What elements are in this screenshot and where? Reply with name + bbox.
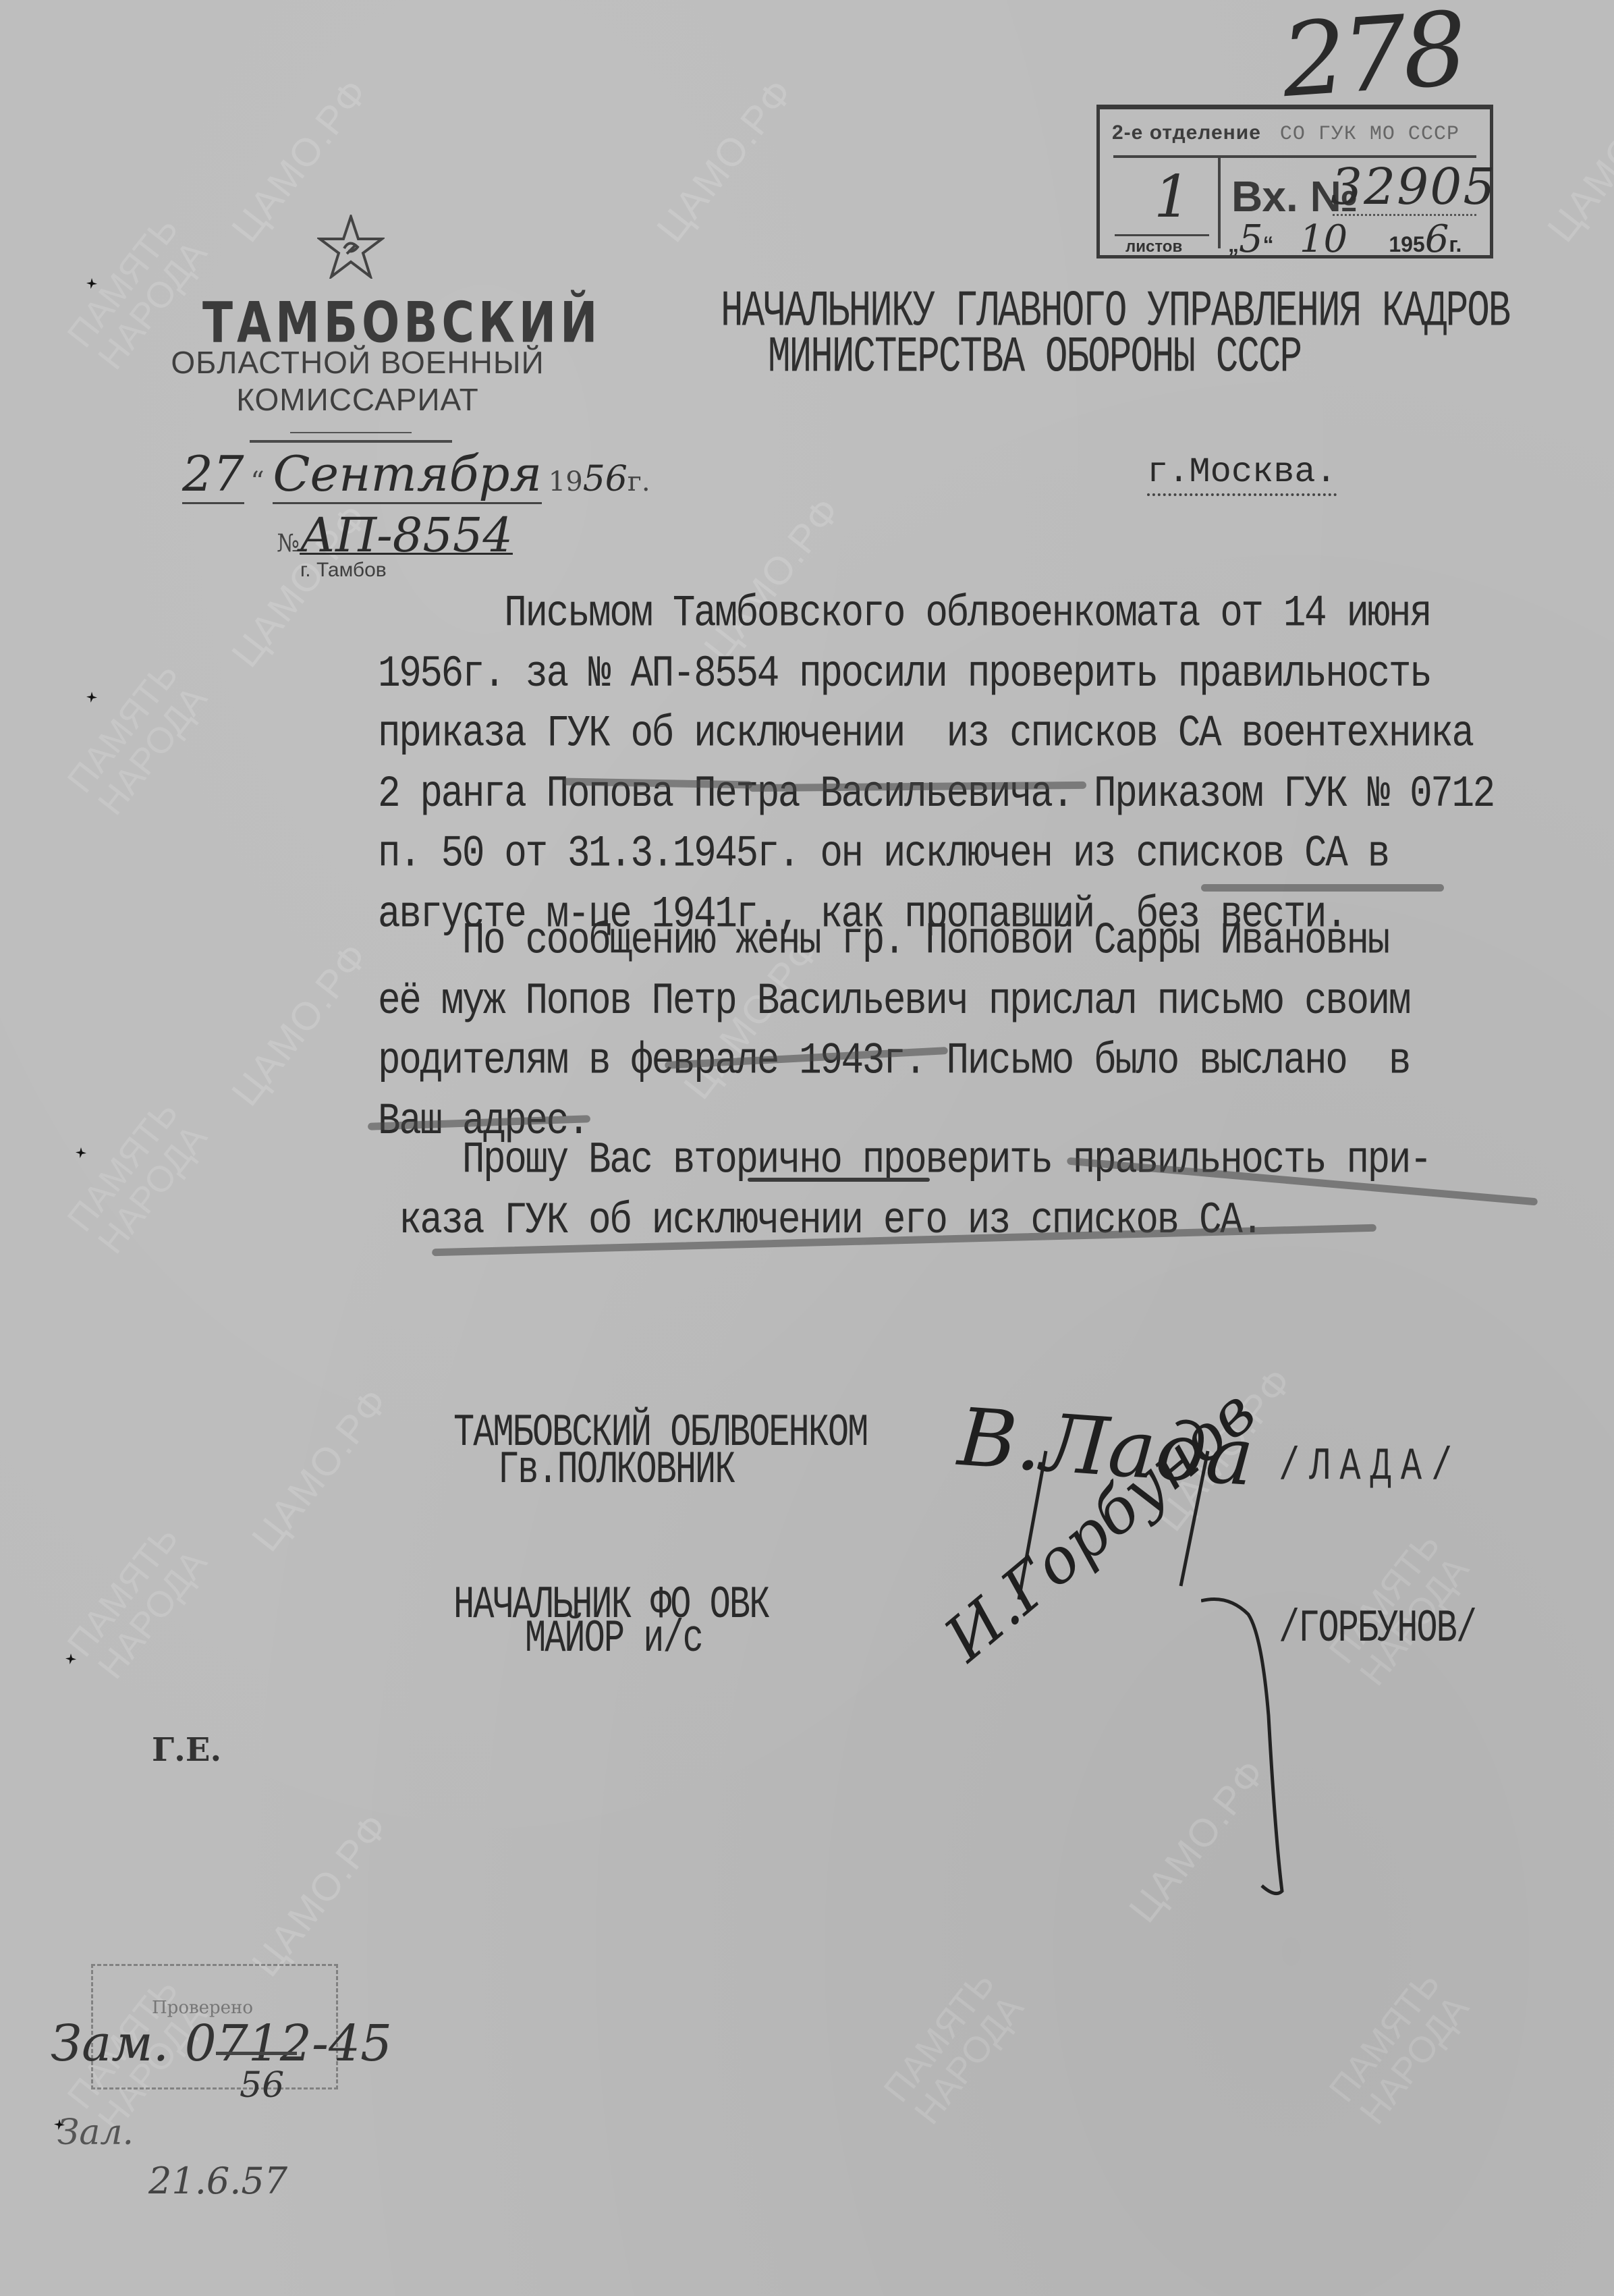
watermark-site: ЦАМО.РФ (1538, 70, 1614, 251)
outgoing-number: №АП-8554 (277, 508, 513, 563)
addressee-city: г.Москва. (1147, 452, 1337, 496)
punch-hole (65, 1653, 76, 1664)
archive-note-order: Зам. 0712-45 (51, 2015, 392, 2073)
sender-org-line3: КОМИССАРИАТ (148, 381, 567, 418)
document-page: ЦАМО.РФ ЦАМО.РФ ЦАМО.РФ ЦАМО.РФ ЦАМО.РФ … (0, 0, 1614, 2296)
watermark-project: ПАМЯТЬ НАРОДА (1323, 1965, 1476, 2132)
incoming-date: „5“ 10 1956г. (1228, 217, 1462, 261)
typed-underline (748, 1178, 930, 1182)
watermark-site: ЦАМО.РФ (648, 70, 803, 251)
watermark-site: ЦАМО.РФ (223, 934, 378, 1115)
watermark-project: ПАМЯТЬ НАРОДА (877, 1965, 1031, 2132)
typist-initials: Г.Е. (152, 1731, 221, 1769)
signatory-2-title-line2: МАЙОР и/с (525, 1613, 702, 1665)
signatory-1-title-line2: Гв.ПОЛКОВНИК (498, 1444, 734, 1496)
incoming-registration-stamp: 2-е отделение СО ГУК МО СССР 1 листов Вх… (1096, 105, 1493, 258)
watermark-project: ПАМЯТЬ НАРОДА (61, 1094, 215, 1261)
punch-hole (86, 692, 97, 703)
archive-note-date: 21.6.57 (148, 2160, 287, 2202)
watermark-site: ЦАМО.РФ (243, 1805, 398, 1986)
star-hammer-sickle-icon (317, 215, 385, 279)
signatory-2-name: /ГОРБУНОВ/ (1279, 1603, 1476, 1655)
archive-note-prefix: Зал. (57, 2112, 134, 2153)
folio-number: 278 (1278, 0, 1467, 120)
watermark-project: ПАМЯТЬ НАРОДА (61, 1519, 215, 1687)
stamp-department: 2-е отделение СО ГУК МО СССР (1112, 121, 1459, 146)
archive-note-item: 56 (240, 2065, 284, 2106)
pencil-underline (1201, 884, 1444, 892)
watermark-project: ПАМЯТЬ НАРОДА (61, 655, 215, 823)
incoming-number: 32905 (1331, 158, 1496, 216)
sheets-label: листов (1125, 238, 1182, 256)
signatory-1-name: /ЛАДА/ (1279, 1441, 1462, 1493)
sheets-count: 1 (1154, 163, 1191, 231)
sender-org-line2: ОБЛАСТНОЙ ВОЕННЫЙ (148, 344, 567, 381)
watermark-site: ЦАМО.РФ (243, 1379, 398, 1560)
addressee-line2: МИНИСТЕРСТВА ОБОРОНЫ СССР (768, 328, 1301, 386)
outgoing-date: 27 “ Сентября 1956г. (182, 445, 650, 502)
sender-city: г. Тамбов (300, 559, 387, 582)
punch-hole (76, 1147, 86, 1158)
